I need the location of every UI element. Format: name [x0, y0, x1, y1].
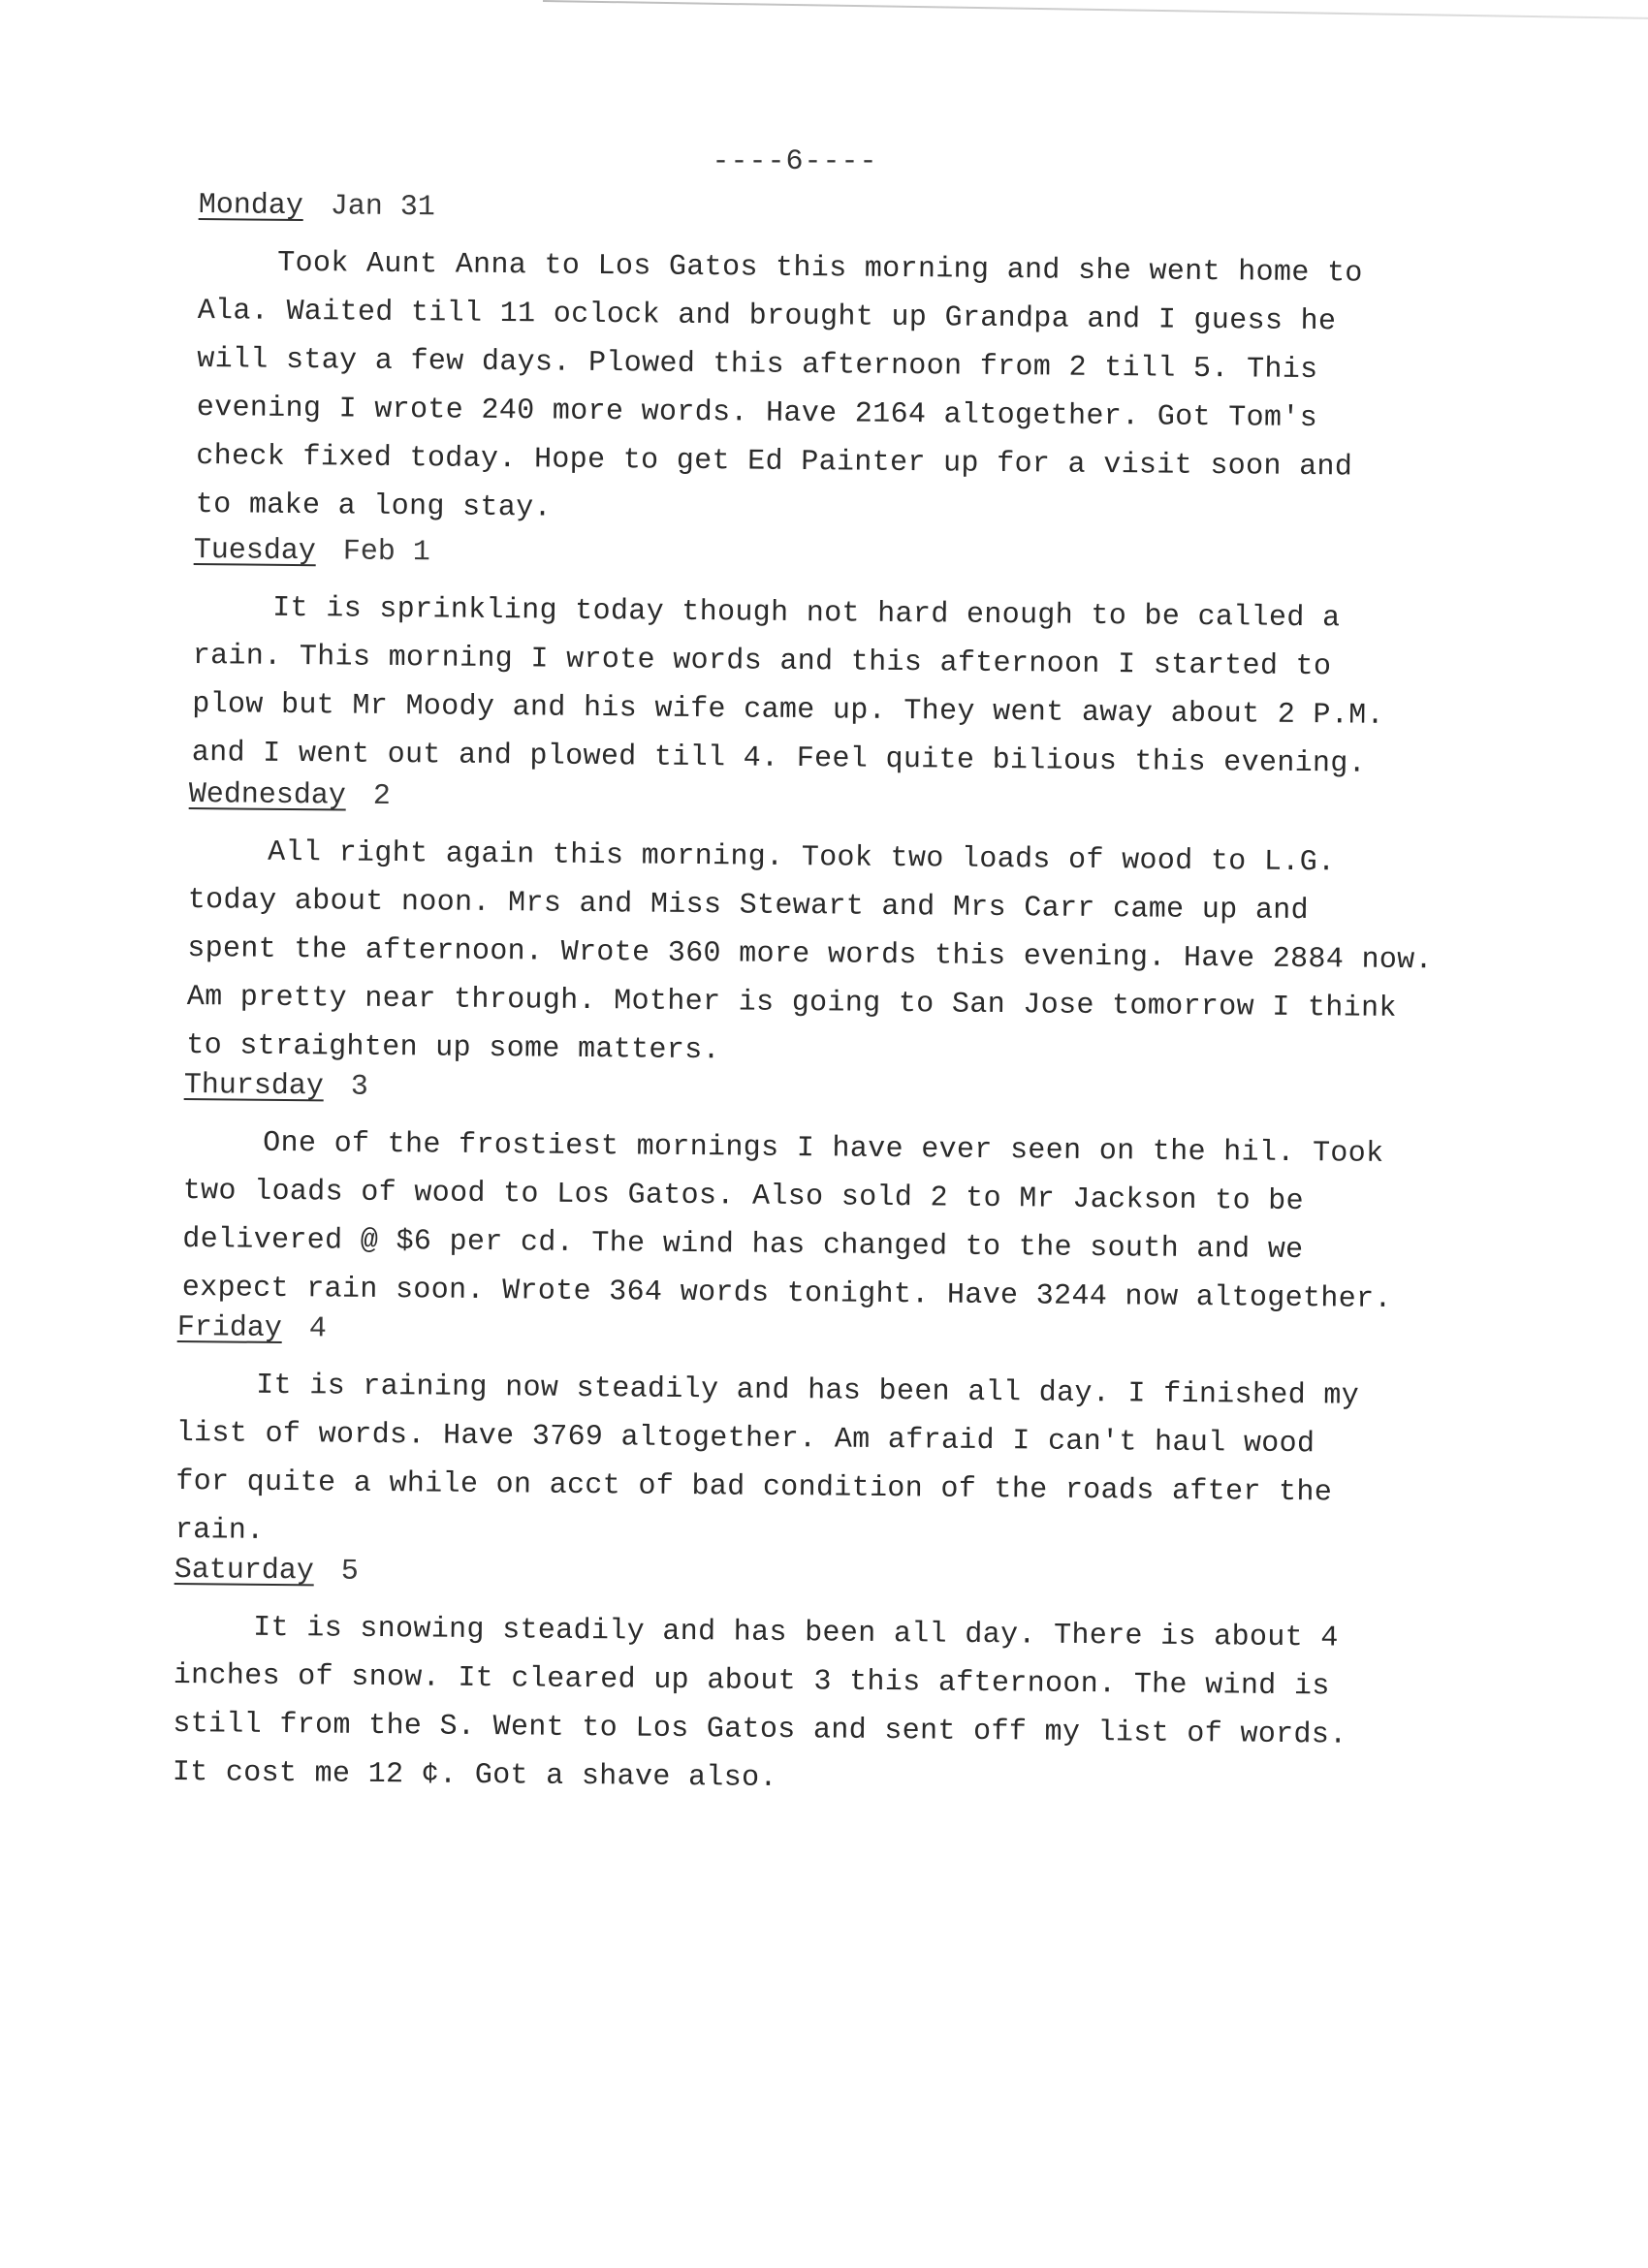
entry-heading: MondayJan 31: [199, 186, 1575, 238]
entry-day: Monday: [199, 189, 303, 223]
diary-entry-thursday: Thursday3 One of the frostiest mornings …: [182, 1066, 1561, 1326]
diary-entry-wednesday: Wednesday2 All right again this morning.…: [186, 775, 1566, 1084]
diary-entry-tuesday: TuesdayFeb 1 It is sprinkling today thou…: [192, 531, 1570, 791]
diary-entry-monday: MondayJan 31 Took Aunt Anna to Los Gatos…: [196, 186, 1575, 543]
entry-body: It is raining now steadily and has been …: [175, 1361, 1554, 1568]
page-number: ----6----: [0, 145, 1619, 178]
entry-date: 3: [351, 1071, 368, 1104]
diary-entry-saturday: Saturday5 It is snowing steadily and has…: [173, 1551, 1551, 1811]
entry-body: One of the frostiest mornings I have eve…: [182, 1118, 1561, 1326]
entry-day: Thursday: [184, 1069, 324, 1103]
diary-entry-friday: Friday4 It is raining now steadily and h…: [175, 1308, 1554, 1568]
entry-body: All right again this morning. Took two l…: [186, 828, 1565, 1084]
diary-page: ----6---- MondayJan 31 Took Aunt Anna to…: [0, 0, 1648, 2268]
entry-date: 4: [309, 1312, 327, 1345]
entry-date: Jan 31: [331, 190, 435, 224]
entry-day: Wednesday: [189, 778, 346, 813]
entry-day: Saturday: [174, 1554, 314, 1588]
entry-day: Friday: [177, 1311, 282, 1345]
entry-body: It is snowing steadily and has been all …: [173, 1603, 1551, 1811]
entry-date: 5: [341, 1556, 359, 1589]
entry-body: Took Aunt Anna to Los Gatos this morning…: [196, 238, 1575, 543]
entry-date: Feb 1: [343, 535, 430, 569]
entry-body: It is sprinkling today though not hard e…: [192, 583, 1570, 791]
entry-date: 2: [373, 780, 391, 813]
entry-day: Tuesday: [194, 534, 316, 568]
